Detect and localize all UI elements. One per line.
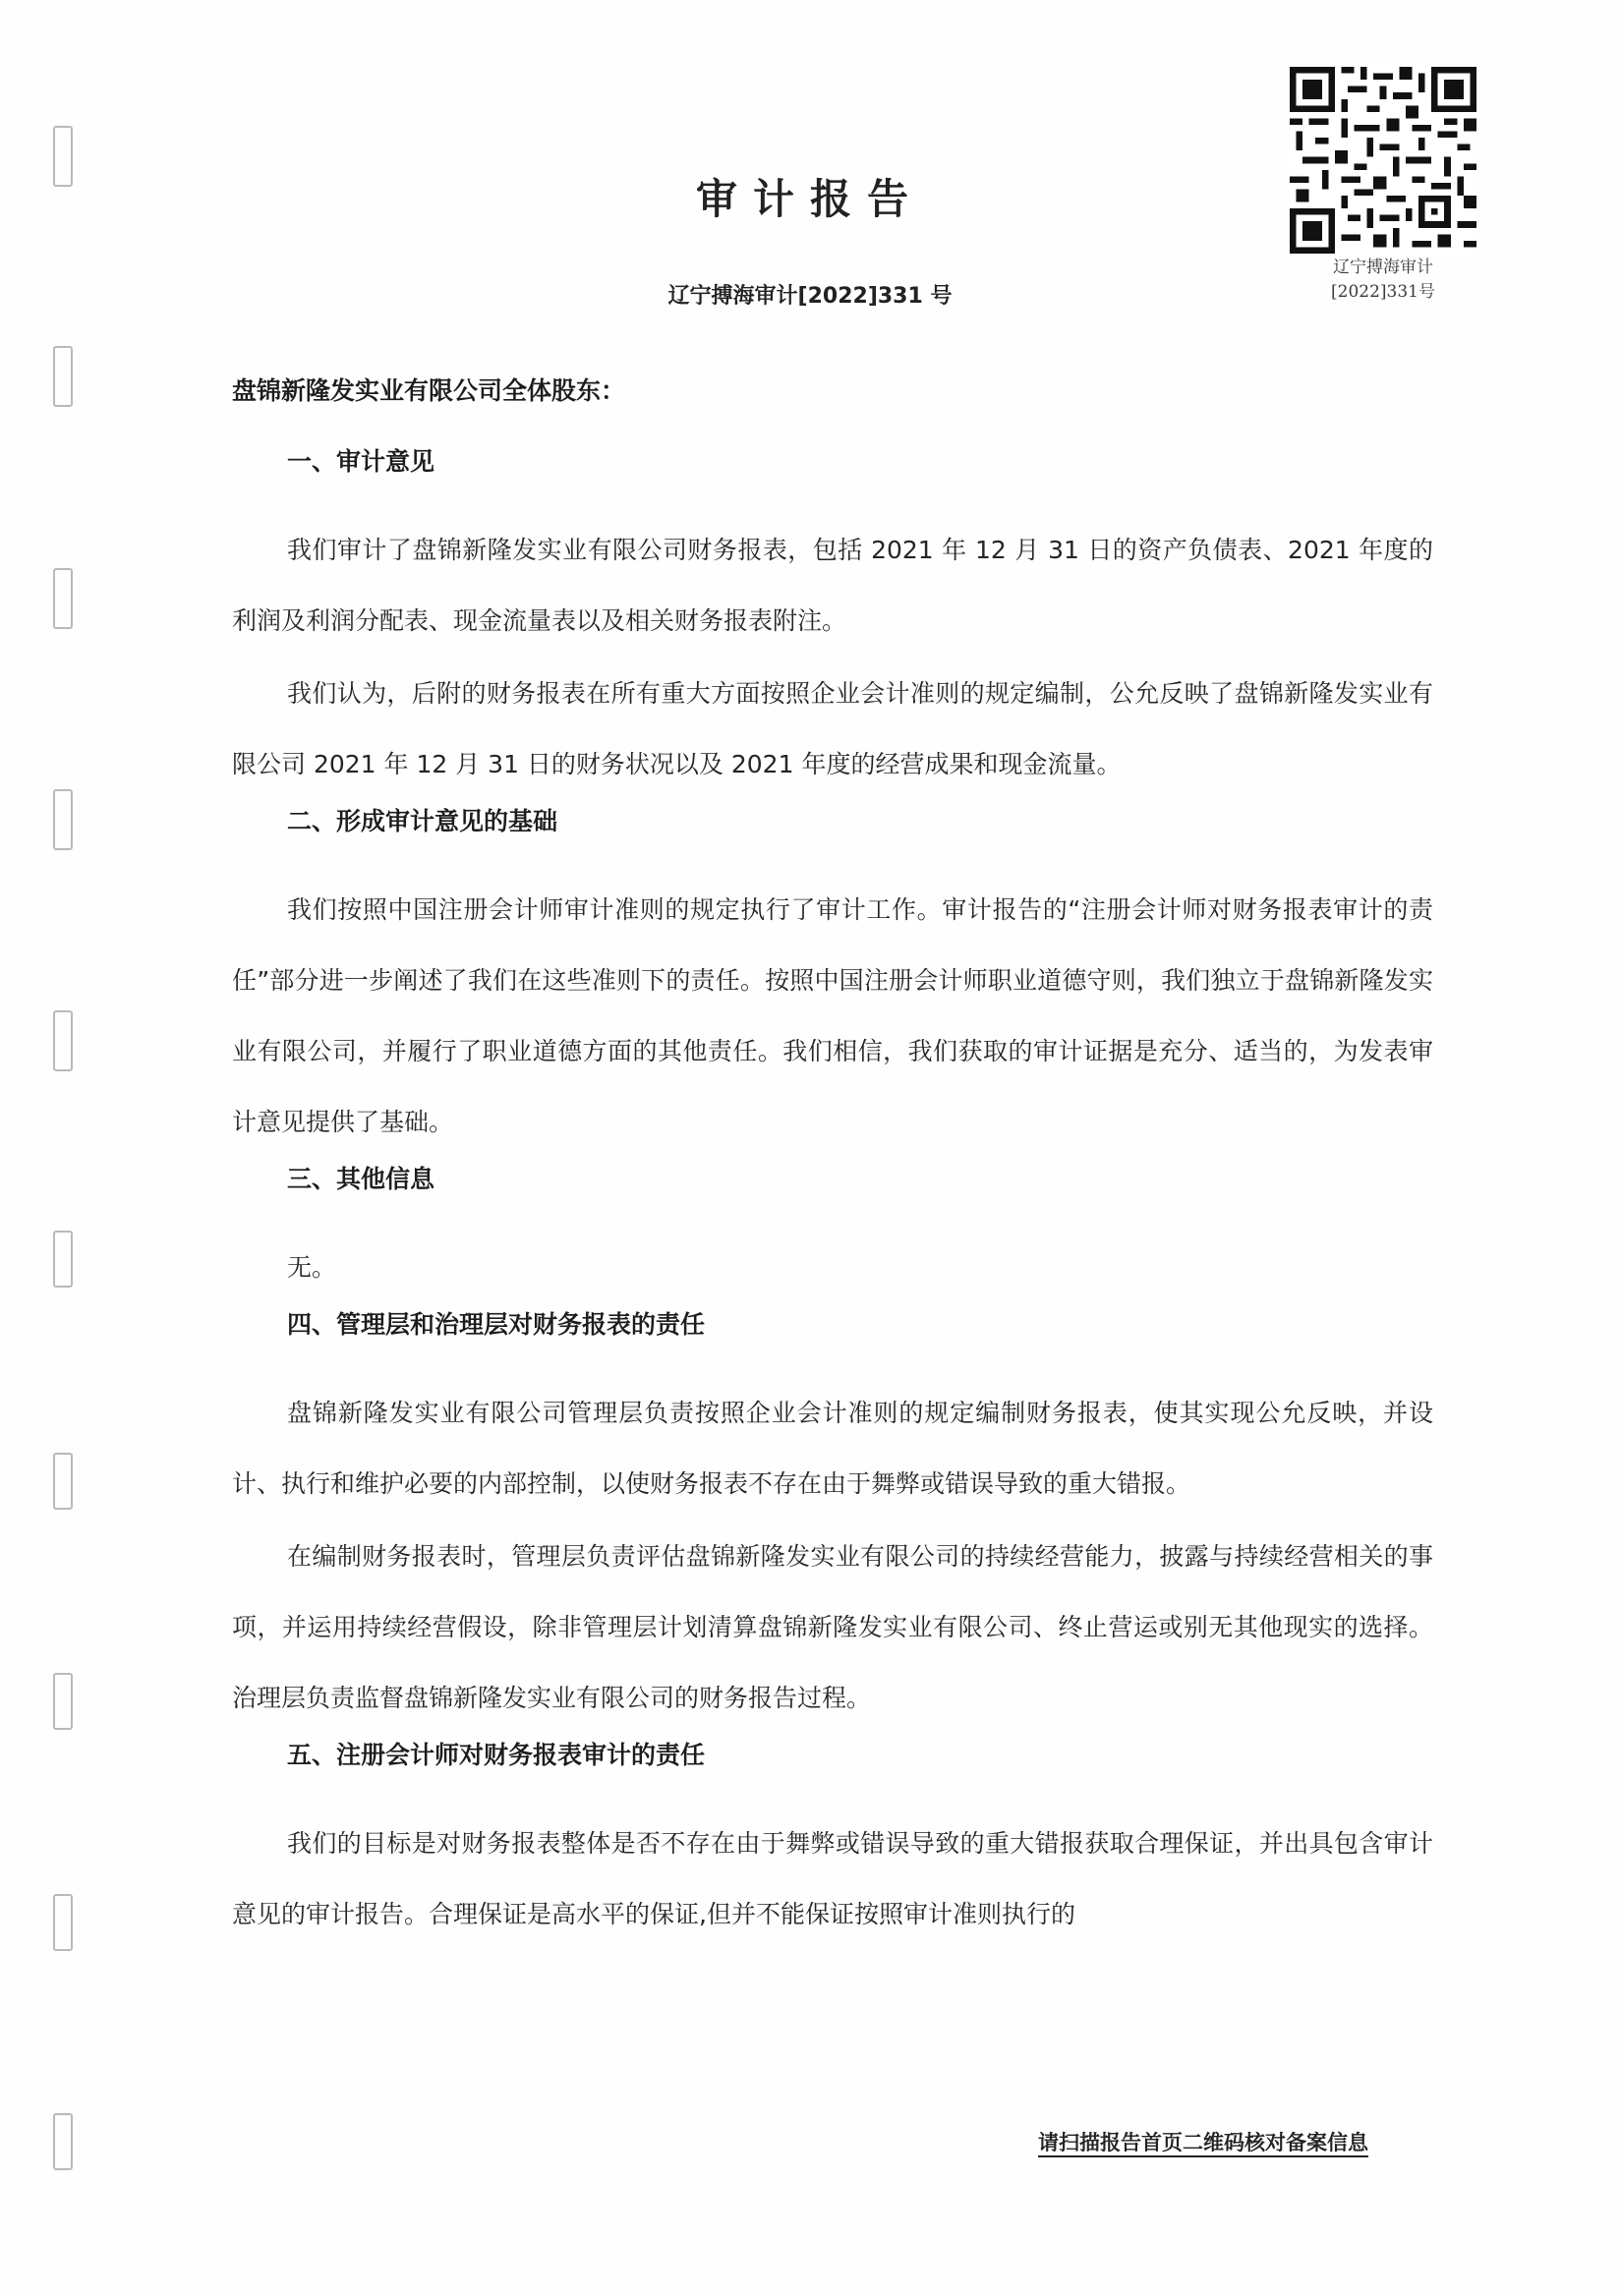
section-heading-basis: 二、形成审计意见的基础: [232, 804, 1433, 839]
binding-mark: [53, 346, 73, 407]
binding-mark: [53, 1010, 73, 1071]
addressee: 盘锦新隆发实业有限公司全体股东：: [232, 373, 1433, 409]
binding-mark: [53, 568, 73, 629]
binding-mark: [53, 1894, 73, 1951]
report-body: 盘锦新隆发实业有限公司全体股东： 一、审计意见 我们审计了盘锦新隆发实业有限公司…: [232, 373, 1433, 1950]
paragraph: 我们认为，后附的财务报表在所有重大方面按照企业会计准则的规定编制，公允反映了盘锦…: [232, 659, 1433, 800]
footer-verification-note: 请扫描报告首页二维码核对备案信息: [1038, 2127, 1368, 2156]
document-page: 辽宁搏海审计 [2022]331号 审计报告 辽宁搏海审计[2022]331 号…: [0, 0, 1620, 2296]
paragraph: 我们审计了盘锦新隆发实业有限公司财务报表，包括 2021 年 12 月 31 日…: [232, 515, 1433, 657]
page-title: 审计报告: [0, 167, 1620, 226]
binding-mark: [53, 1673, 73, 1730]
paragraph: 我们按照中国注册会计师审计准则的规定执行了审计工作。审计报告的“注册会计师对财务…: [232, 875, 1433, 1158]
paragraph: 我们的目标是对财务报表整体是否不存在由于舞弊或错误导致的重大错报获取合理保证，并…: [232, 1808, 1433, 1950]
binding-mark: [53, 1231, 73, 1288]
qr-caption-line-1: 辽宁搏海审计: [1290, 258, 1476, 278]
paragraph: 在编制财务报表时，管理层负责评估盘锦新隆发实业有限公司的持续经营能力，披露与持续…: [232, 1521, 1433, 1734]
paragraph: 盘锦新隆发实业有限公司管理层负责按照企业会计准则的规定编制财务报表，使其实现公允…: [232, 1378, 1433, 1520]
section-heading-other-info: 三、其他信息: [232, 1162, 1433, 1197]
section-heading-management-responsibility: 四、管理层和治理层对财务报表的责任: [232, 1307, 1433, 1343]
paragraph: 无。: [232, 1233, 1433, 1303]
binding-mark: [53, 1453, 73, 1510]
binding-mark: [53, 2113, 73, 2170]
binding-mark: [53, 789, 73, 850]
section-heading-auditor-responsibility: 五、注册会计师对财务报表审计的责任: [232, 1738, 1433, 1773]
section-heading-opinion: 一、审计意见: [232, 444, 1433, 480]
report-number: 辽宁搏海审计[2022]331 号: [0, 279, 1620, 310]
